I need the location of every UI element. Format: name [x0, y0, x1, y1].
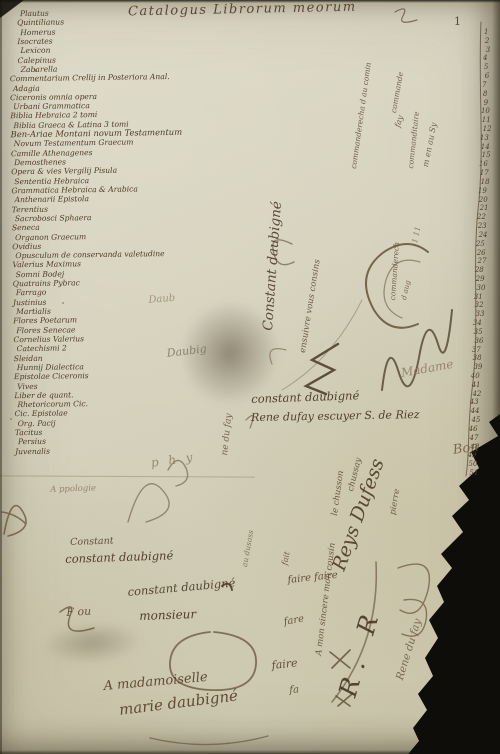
vertical-au-dusass: au dusass	[240, 529, 255, 567]
constant-daubigne-2: constant daubigné	[65, 548, 174, 566]
vertical-ensuivre: ensuivre vous consins	[298, 259, 323, 354]
appologie-trial: A ppologie	[50, 483, 96, 495]
vertical-ne-du-fay: ne du fay	[220, 413, 234, 456]
vertical-d-aug: d aug	[400, 280, 412, 301]
scan-edge-top	[0, 0, 500, 3]
vertical-le-chusson: le chusson	[330, 470, 346, 516]
constant-daubigne-3: constant daubigné	[127, 576, 236, 599]
margin-trial-men-au-sy: m en au Sy	[421, 122, 438, 168]
ph-trial: p h y	[150, 450, 196, 470]
fa: fa	[289, 684, 299, 696]
signature-rene-dufay: Rene dufay escuyer S. de Riez	[251, 408, 420, 424]
margin-trial-commande-long: commanderecha d au comin	[349, 62, 373, 170]
large-pen-letters-rr: R. R	[333, 602, 387, 700]
margin-trial-commanditaire: commanditaire	[406, 111, 421, 169]
daubig-trial: Daubig	[166, 342, 207, 360]
scan-edge-right	[492, 0, 500, 418]
marie-daubigne: marie daubigné	[118, 686, 239, 718]
bon-fragment: Bon	[452, 439, 480, 457]
margin-trial-commande: commande	[389, 71, 405, 113]
f-ou-paraph: F ou	[66, 605, 91, 619]
vertical-constant-daubigne: Constant daubigné	[260, 201, 285, 331]
madame-trial: Madame	[400, 357, 454, 380]
vertical-pierre: pierre	[388, 488, 402, 516]
daub-faint: Daub	[148, 293, 176, 306]
constant-short: Constant	[70, 535, 114, 548]
a-madamoiselle: A madamoiselle	[103, 670, 208, 694]
margin-trial-fay: fay	[393, 114, 405, 128]
manuscript-scan: Catalogus Librorum meorum 1 PlautusQuint…	[0, 0, 500, 754]
fare: fare	[283, 613, 305, 627]
vertical-rene-du-fay-light: Rene du fay	[394, 617, 424, 681]
scan-edge-bottom	[0, 750, 410, 754]
vertical-commanderech: commanderech	[388, 242, 401, 301]
monsieur: monsieur	[139, 607, 196, 623]
scan-edge-left	[0, 0, 2, 754]
margin-trial-marks: 1 11	[410, 226, 422, 244]
faire: faire	[271, 656, 298, 672]
annotation-layer: commanderecha d au comincommandefaycomma…	[0, 0, 500, 754]
vertical-fait: fait	[280, 551, 292, 566]
signature-constant-daubigne-1: constant daubigné	[251, 388, 360, 406]
